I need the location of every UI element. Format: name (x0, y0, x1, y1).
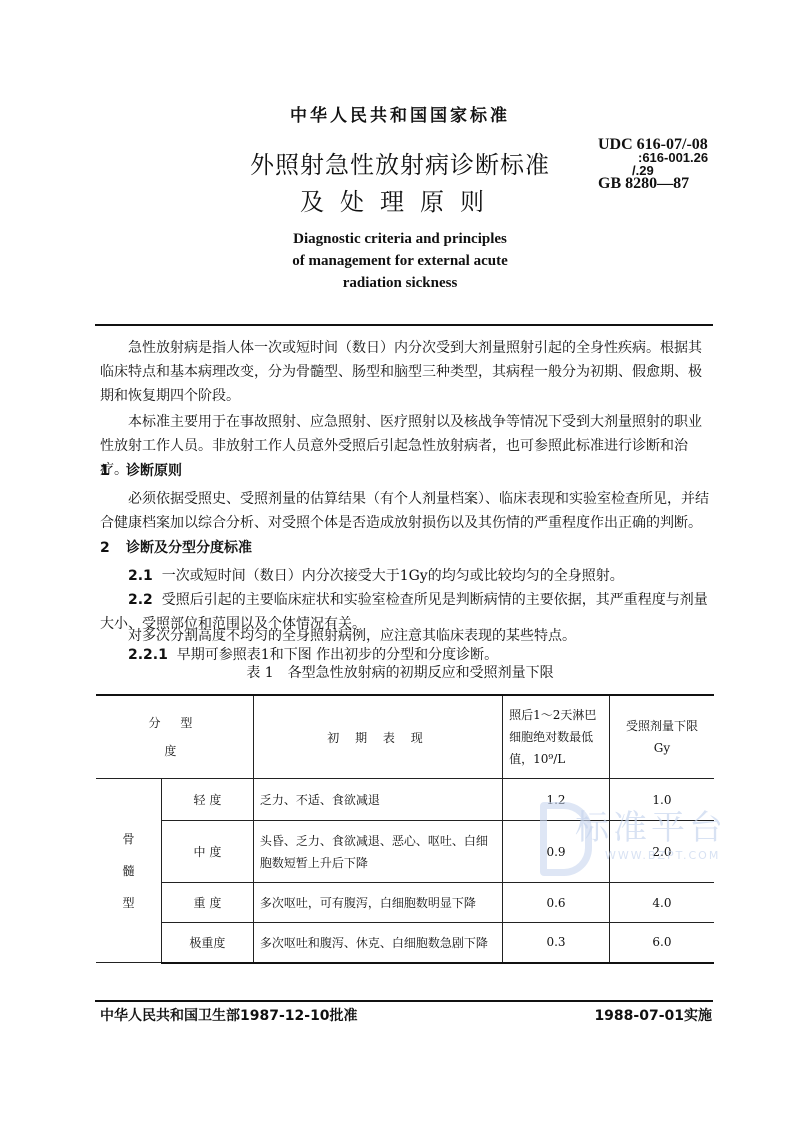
symptoms-cell: 头昏、乏力、食欲减退、恶心、呕吐、白细胞数短暂上升后下降 (253, 821, 502, 883)
header-dose-limit-unit: Gy (616, 737, 708, 759)
section-2-heading: 2诊断及分型分度标准 (100, 537, 252, 557)
table-1-caption: 表 1 各型急性放射病的初期反应和受照剂量下限 (0, 662, 800, 682)
header-dose-limit-label: 受照剂量下限 (616, 715, 708, 737)
clause-2-2-1-number: 2.2.1 (128, 647, 168, 663)
english-title-line1: Diagnostic criteria and principles (150, 228, 650, 250)
section-1-title: 诊断原则 (126, 463, 182, 479)
header-type-label: 分 型 (102, 709, 247, 737)
table-row: 重 度 多次呕吐，可有腹泻，白细胞数明显下降 0.6 4.0 (96, 883, 714, 923)
clause-2-1: 2.1 一次或短时间（数日）内分次接受大于1Gy的均匀或比较均匀的全身照射。 (100, 564, 712, 588)
section-2-number: 2 (100, 540, 126, 556)
clause-2-2-number: 2.2 (128, 592, 153, 608)
watermark: 标准平台 WWW.BZPT.COM (575, 800, 727, 862)
degree-cell: 轻 度 (161, 779, 253, 821)
degree-cell: 极重度 (161, 923, 253, 963)
section-1-heading: 1诊断原则 (100, 460, 182, 480)
clause-2-1-text: 一次或短时间（数日）内分次接受大于1Gy的均匀或比较均匀的全身照射。 (162, 568, 624, 584)
standard-type-heading: 中华人民共和国国家标准 (0, 101, 800, 126)
intro-paragraph-1: 急性放射病是指人体一次或短时间（数日）内分次受到大剂量照射引起的全身性疾病。根据… (100, 336, 712, 408)
degree-cell: 中 度 (161, 821, 253, 883)
english-title: Diagnostic criteria and principles of ma… (150, 228, 650, 294)
clause-2-2-1-text: 早期可参照表1和下图 作出初步的分型和分度诊断。 (177, 647, 498, 663)
watermark-text: 标准平台 (575, 800, 727, 849)
section-2-title: 诊断及分型分度标准 (126, 540, 252, 556)
udc-classification: UDC 616-07/-08 :616-001.26 /.29 GB 8280—… (598, 138, 708, 190)
symptoms-cell: 多次呕吐，可有腹泻，白细胞数明显下降 (253, 883, 502, 923)
document-title-line1: 外照射急性放射病诊断标准 (150, 145, 650, 180)
header-type-degree: 分 型 度 (96, 695, 253, 779)
section-1-text: 必须依据受照史、受照剂量的估算结果（有个人剂量档案）、临床表现和实验室检查所见，… (100, 487, 712, 535)
symptoms-cell: 乏力、不适、食欲减退 (253, 779, 502, 821)
header-degree-label: 度 (102, 737, 247, 765)
header-dose-limit: 受照剂量下限 Gy (609, 695, 714, 779)
english-title-line2: of management for external acute (150, 250, 650, 272)
dose-cell: 4.0 (609, 883, 714, 923)
lymphocyte-cell: 0.3 (503, 923, 610, 963)
table-header-row: 分 型 度 初 期 表 现 照后1～2天淋巴细胞绝对数最低值，10⁹/L 受照剂… (96, 695, 714, 779)
header-initial-symptoms: 初 期 表 现 (253, 695, 502, 779)
document-title-line2: 及处理原则 (150, 182, 650, 217)
clause-2-1-number: 2.1 (128, 568, 153, 584)
gb-number: GB 8280—87 (598, 177, 708, 190)
approval-statement: 中华人民共和国卫生部1987-12-10批准 (100, 1005, 358, 1025)
degree-cell: 重 度 (161, 883, 253, 923)
table-row: 极重度 多次呕吐和腹泻、休克、白细胞数急剧下降 0.3 6.0 (96, 923, 714, 963)
intro-paragraph-2: 本标准主要用于在事故照射、应急照射、医疗照射以及核战争等情况下受到大剂量照射的职… (100, 410, 712, 482)
header-lymphocyte: 照后1～2天淋巴细胞绝对数最低值，10⁹/L (503, 695, 610, 779)
english-title-line3: radiation sickness (150, 272, 650, 294)
section-1-number: 1 (100, 463, 126, 479)
lymphocyte-cell: 0.6 (503, 883, 610, 923)
implementation-date: 1988-07-01实施 (594, 1005, 712, 1025)
group-label-bone-marrow: 骨 髓 型 (96, 779, 161, 963)
dose-cell: 6.0 (609, 923, 714, 963)
header-divider (95, 324, 713, 326)
watermark-url: WWW.BZPT.COM (575, 849, 727, 862)
symptoms-cell: 多次呕吐和腹泻、休克、白细胞数急剧下降 (253, 923, 502, 963)
footer-divider (95, 1000, 713, 1002)
